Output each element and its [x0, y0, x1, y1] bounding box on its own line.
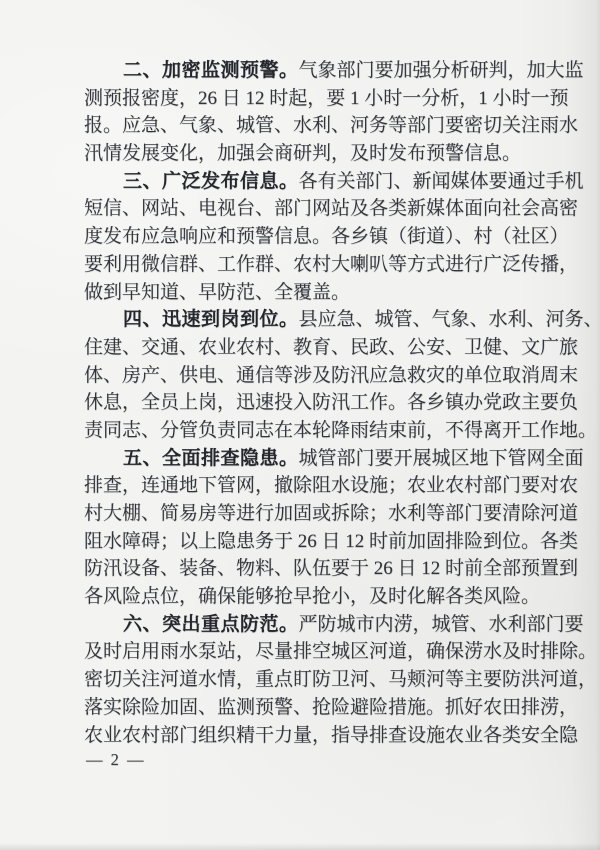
- text-line: 及时启用雨水泵站，尽量排空城区河道，确保涝水及时排除。: [84, 638, 520, 666]
- text-line: 做到早知道、早防范、全覆盖。: [84, 279, 520, 307]
- text-line: 落实除险加固、监测预警、抢险避险措施。抓好农田排涝，: [84, 694, 520, 722]
- text-line: 二、加密监测预警。气象部门要加强分析研判，加大监: [84, 57, 520, 85]
- line-text: 县应急、城管、气象、水利、河务、: [299, 309, 600, 330]
- text-line: 报。应急、气象、城管、水利、河务等部门要密切关注雨水: [84, 112, 520, 140]
- text-line: 体、房产、供电、通信等涉及防汛应急救灾的单位取消周末: [84, 362, 520, 390]
- text-line: 各风险点位，确保能够抢早抢小，及时化解各类风险。: [84, 583, 520, 611]
- section-heading: 五、全面排查隐患。: [123, 448, 299, 469]
- text-line: 农业农村部门组织精干力量，指导排查设施农业各类安全隐: [84, 722, 520, 750]
- text-line: 村大棚、简易房等进行加固或拆除；水利等部门要清除河道: [84, 500, 520, 528]
- paragraph: 六、突出重点防范。严防城市内涝，城管、水利部门要及时启用雨水泵站，尽量排空城区河…: [84, 611, 520, 749]
- section-heading: 二、加密监测预警。: [123, 60, 299, 81]
- line-text: 气象部门要加强分析研判，加大监: [299, 60, 584, 81]
- paragraph: 五、全面排查隐患。城管部门要开展城区地下管网全面排查，连通地下管网，撤除阻水设施…: [84, 445, 520, 611]
- text-line: 四、迅速到岗到位。县应急、城管、气象、水利、河务、: [84, 306, 520, 334]
- paragraph: 四、迅速到岗到位。县应急、城管、气象、水利、河务、住建、交通、农业农村、教育、民…: [84, 306, 520, 444]
- section-heading: 三、广泛发布信息。: [123, 171, 299, 192]
- text-line: 阻水障碍；以上隐患务于 26 日 12 时前加固排险到位。各类: [84, 528, 520, 556]
- text-line: 五、全面排查隐患。城管部门要开展城区地下管网全面: [84, 445, 520, 473]
- text-line: 要利用微信群、工作群、农村大喇叭等方式进行广泛传播，: [84, 251, 520, 279]
- text-line: 汛情发展变化，加强会商研判，及时发布预警信息。: [84, 140, 520, 168]
- text-line: 三、广泛发布信息。各有关部门、新闻媒体要通过手机: [84, 168, 520, 196]
- paragraph: 二、加密监测预警。气象部门要加强分析研判，加大监测预报密度，26 日 12 时起…: [84, 57, 520, 168]
- page-number: — 2 —: [86, 750, 146, 770]
- text-line: 休息，全员上岗，迅速投入防汛工作。各乡镇办党政主要负: [84, 389, 520, 417]
- section-heading: 六、突出重点防范。: [123, 614, 299, 635]
- text-line: 住建、交通、农业农村、教育、民政、公安、卫健、文广旅: [84, 334, 520, 362]
- scanned-page: 二、加密监测预警。气象部门要加强分析研判，加大监测预报密度，26 日 12 时起…: [0, 0, 600, 850]
- line-text: 城管部门要开展城区地下管网全面: [299, 448, 584, 469]
- paragraph: 三、广泛发布信息。各有关部门、新闻媒体要通过手机短信、网站、电视台、部门网站及各…: [84, 168, 520, 306]
- document-body: 二、加密监测预警。气象部门要加强分析研判，加大监测预报密度，26 日 12 时起…: [84, 57, 520, 749]
- line-text: 严防城市内涝，城管、水利部门要: [299, 614, 584, 635]
- text-line: 排查，连通地下管网，撤除阻水设施；农业农村部门要对农: [84, 472, 520, 500]
- text-line: 短信、网站、电视台、部门网站及各类新媒体面向社会高密: [84, 195, 520, 223]
- line-text: 各有关部门、新闻媒体要通过手机: [299, 171, 584, 192]
- text-line: 六、突出重点防范。严防城市内涝，城管、水利部门要: [84, 611, 520, 639]
- text-line: 度发布应急响应和预警信息。各乡镇（街道）、村（社区）: [84, 223, 520, 251]
- text-line: 测预报密度，26 日 12 时起，要 1 小时一分析，1 小时一预: [84, 85, 520, 113]
- text-line: 防汛设备、装备、物料、队伍要于 26 日 12 时前全部预置到: [84, 555, 520, 583]
- text-line: 责同志、分管负责同志在本轮降雨结束前，不得离开工作地。: [84, 417, 520, 445]
- text-line: 密切关注河道水情，重点盯防卫河、马颊河等主要防洪河道，: [84, 666, 520, 694]
- section-heading: 四、迅速到岗到位。: [123, 309, 299, 330]
